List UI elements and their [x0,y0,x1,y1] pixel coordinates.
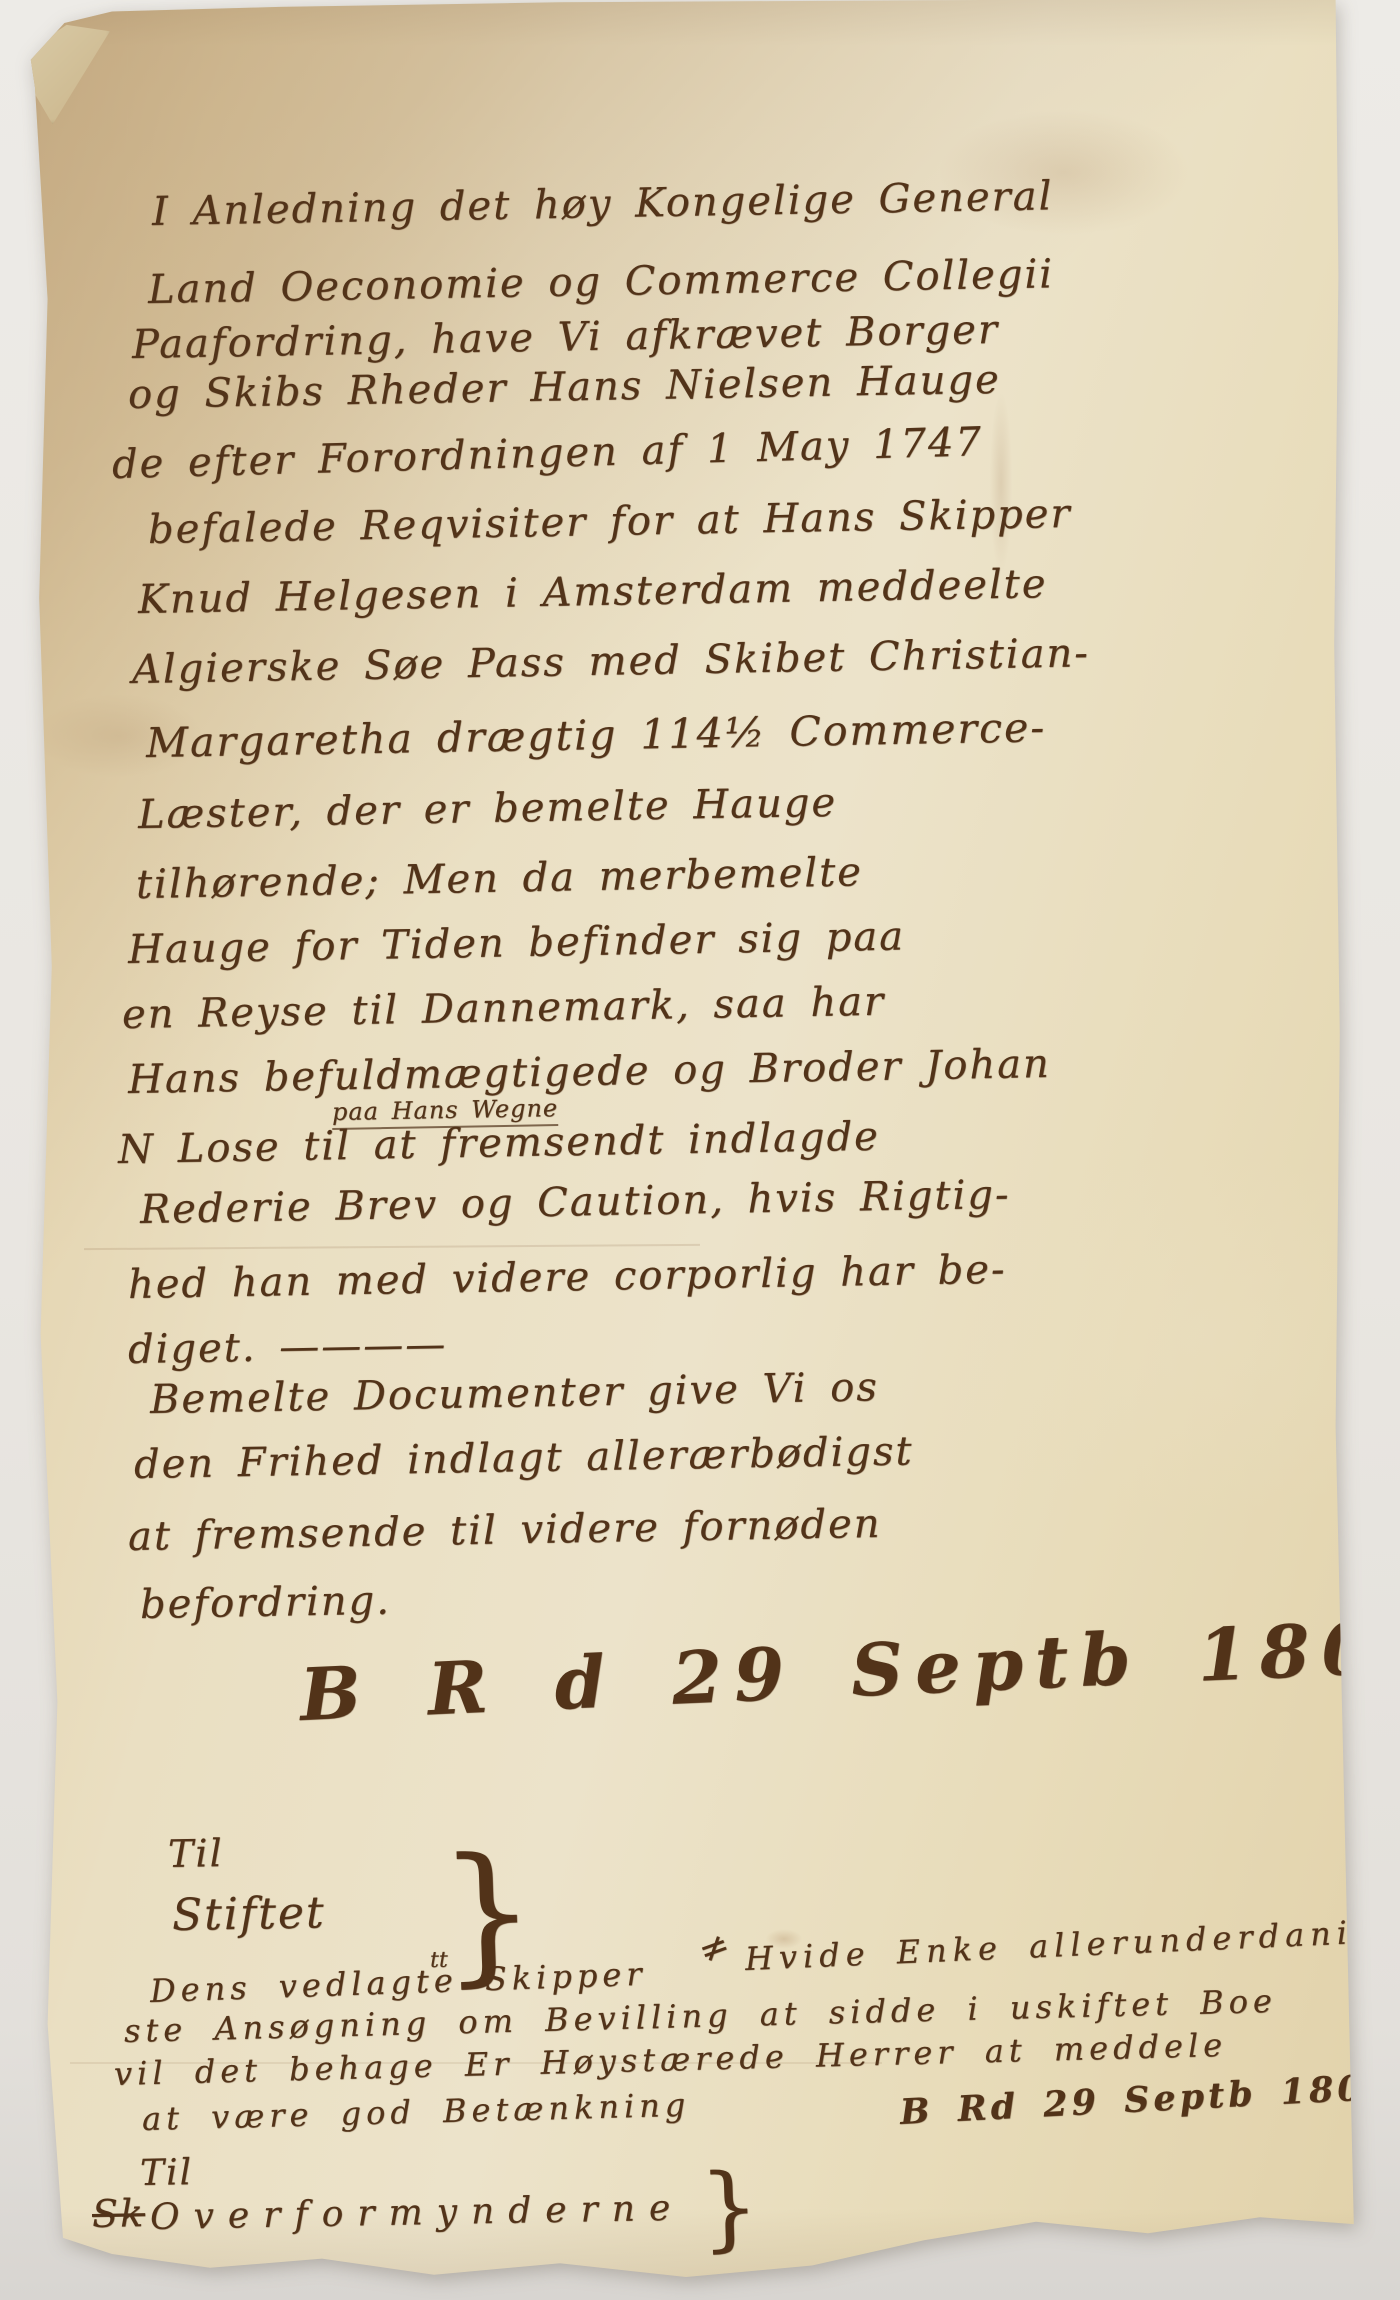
body-line: I Anledning det høy Kongelige General [152,172,1054,236]
body-line: befalede Reqvisiter for at Hans Skipper [148,490,1072,554]
body-line: Land Oeconomie og Commerce Collegii [148,250,1055,314]
crease-line [84,1244,700,1250]
body-line: Knud Helgesen i Amsterdam meddeelte [138,560,1048,624]
body-line: Margaretha drægtig 114½ Commerce- [146,703,1047,768]
paper-sheet: I Anledning det høy Kongelige General La… [0,0,1400,2300]
address-to: Til [140,2151,194,2195]
address-to: Til [168,1831,224,1878]
body-line: befordring. [140,1577,392,1629]
brace: } [699,2166,760,2251]
body-line: Bemelte Documenter give Vi os [150,1363,880,1424]
body-line: Læster, der er bemelte Hauge [138,779,838,839]
body-line: Rederie Brev og Caution, hvis Rigtig- [140,1171,1011,1234]
body-line: hed han med videre corporlig har be- [128,1246,1007,1309]
body-line: Hauge for Tiden befinder sig paa [128,912,906,974]
body-line: en Reyse til Dannemark, saa har [122,978,886,1039]
address-recipient: Overformynderne [150,2187,685,2240]
address-recipient: Stiftet [172,1887,326,1942]
body-line: Algierske Søe Pass med Skibet Christian- [132,629,1091,694]
body-line: N Lose til at fremsendt indlagde [118,1113,881,1174]
paper-sheet-wrapper: I Anledning det høy Kongelige General La… [0,0,1400,2300]
crossed-out-word: Sk [92,2191,146,2238]
body-line: Hans befuldmægtigede og Broder Johan [128,1040,1052,1104]
photo-of-manuscript: { "letter": { "body_lines": [ "I Anledni… [0,0,1400,2300]
body-line: at fremsende til videre fornøden [128,1500,882,1561]
signature-date: B R d 29 Septb 1804 [298,1602,1400,1738]
margin-note-date: B Rd 29 Septb 1804 [899,2066,1395,2134]
body-line: de efter Forordningen af 1 May 1747 [111,418,983,489]
insertion-mark: ≠ [693,1923,736,1974]
margin-note-line: Hvide Enke allerunderdanig [744,1912,1380,1978]
body-line: tilhørende; Men da merbemelte [136,848,864,909]
folded-corner [27,21,114,127]
margin-note-line: at være god Betænkning [141,2086,690,2139]
body-line: diget. ———— [128,1320,448,1374]
body-line: den Frihed indlagt allerærbødigst [134,1427,914,1489]
